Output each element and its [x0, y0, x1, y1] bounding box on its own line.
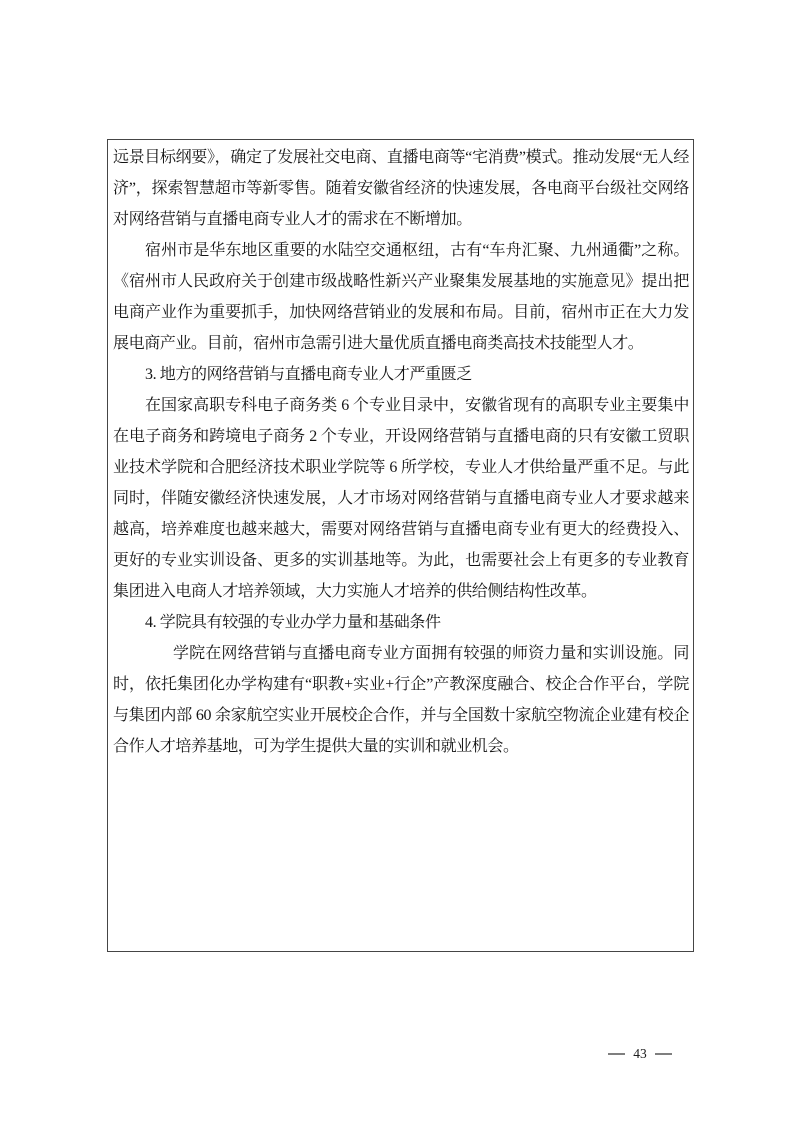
page-number-right-dash — [655, 1053, 672, 1055]
page-number-left-dash — [608, 1053, 625, 1055]
paragraph-continuation: 远景目标纲要》，确定了发展社交电商、直播电商等“宅消费”模式。推动发展“无人经济… — [113, 142, 689, 235]
heading-section-3: 3. 地方的网络营销与直播电商专业人才严重匮乏 — [113, 359, 689, 390]
paragraph-talent-shortage: 在国家高职专科电子商务类 6 个专业目录中，安徽省现有的高职专业主要集中在电子商… — [113, 390, 689, 607]
document-text-box: 远景目标纲要》，确定了发展社交电商、直播电商等“宅消费”模式。推动发展“无人经济… — [107, 139, 694, 952]
page-footer: 43 — [598, 1046, 682, 1062]
paragraph-college-strength: 学院在网络营销与直播电商专业方面拥有较强的师资力量和实训设施。同时，依托集团化办… — [113, 638, 689, 762]
page-number: 43 — [633, 1046, 647, 1062]
heading-section-4: 4. 学院具有较强的专业办学力量和基础条件 — [113, 607, 689, 638]
paragraph-suzhou-city: 宿州市是华东地区重要的水陆空交通枢纽，古有“车舟汇聚、九州通衢”之称。《宿州市人… — [113, 235, 689, 359]
